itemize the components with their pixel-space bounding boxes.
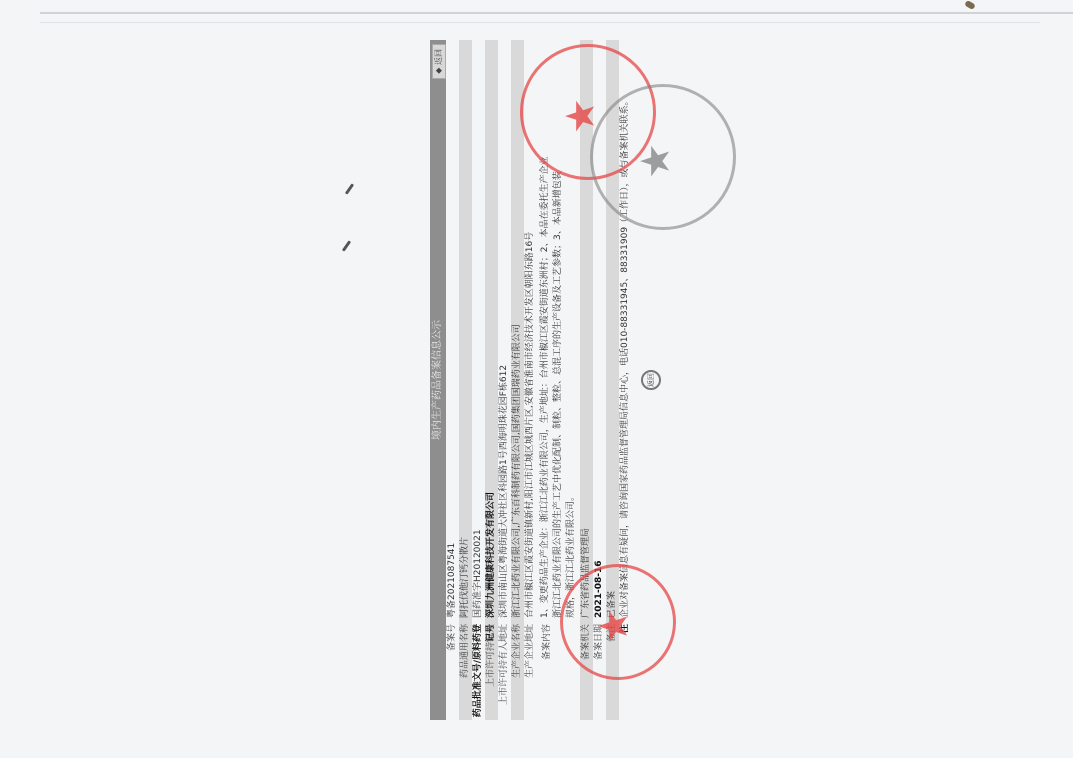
scan-edge: [40, 12, 1073, 14]
stamp-red-2: ★: [560, 564, 676, 680]
star-icon: ★: [591, 608, 637, 644]
document-page: 境内生产药品备案信息公示 ◆ 返回 备案号粤备2021087541 药品通用名称…: [430, 40, 660, 720]
field-row: 药品批准文号/原料药登记号国药准字H20120021: [472, 40, 485, 720]
stamp-gray: ★: [590, 84, 736, 230]
title-bar: 境内生产药品备案信息公示 ◆ 返回: [430, 40, 446, 720]
star-icon: ★: [633, 143, 679, 179]
scan-line: [40, 22, 1040, 23]
field-row: 上市许可持有人深圳九洲健康科技开发有限公司: [485, 40, 498, 720]
field-row: 生产企业名称浙江江北药业有限公司,广东百科制药有限公司,国药集团国瑞药业有限公司: [511, 40, 524, 720]
smudge: [342, 240, 351, 252]
smudge: [345, 183, 354, 195]
page-title: 境内生产药品备案信息公示: [432, 320, 443, 440]
return-icon[interactable]: 返回: [641, 370, 661, 390]
field-row: 备案号粤备2021087541: [446, 40, 459, 720]
back-button[interactable]: ◆ 返回: [432, 44, 446, 79]
corner-mark: [964, 0, 976, 10]
field-row: 上市许可持有人地址深圳市南山区粤海街道大冲社区科园路1号西海明珠花园F栋612: [498, 40, 511, 720]
field-row: 药品通用名称阿托伐他汀钙分散片: [459, 40, 472, 720]
